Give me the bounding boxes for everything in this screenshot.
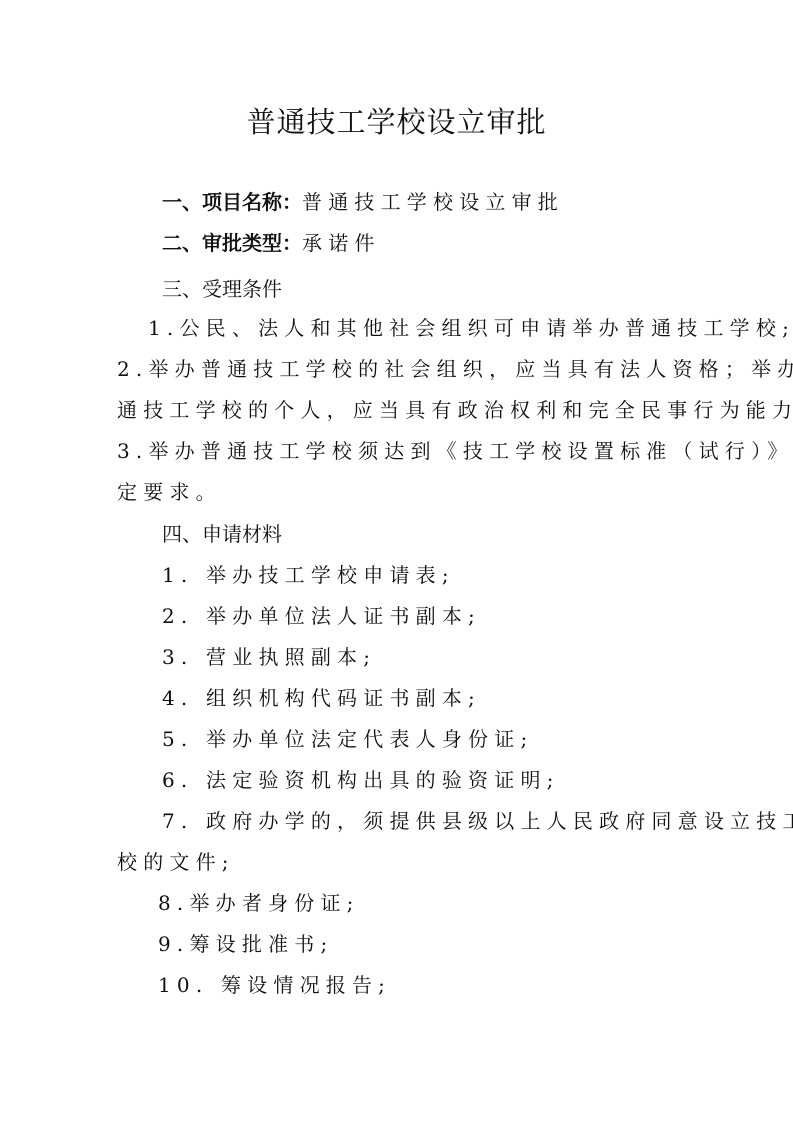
material-item: 校的文件; [117, 850, 235, 874]
material-item: 5. 举办单位法定代表人身份证; [162, 727, 533, 751]
material-item: 2. 举办单位法人证书副本; [162, 604, 481, 628]
approval-type-label: 二、审批类型： [162, 231, 302, 255]
condition-line: 3.举办普通技工学校须达到《技工学校设置标准（试行）》规 [117, 439, 793, 463]
material-item: 8.举办者身份证; [158, 891, 360, 915]
material-item: 7. 政府办学的，须提供县级以上人民政府同意设立技工学 [162, 809, 793, 833]
item-name-value: 普通技工学校设立审批 [302, 190, 564, 214]
conditions-heading: 三、受理条件 [162, 277, 282, 301]
material-item: 6. 法定验资机构出具的验资证明; [162, 768, 560, 792]
materials-heading: 四、申请材料 [162, 522, 282, 546]
material-item: 1. 举办技工学校申请表; [162, 563, 455, 587]
item-name-label: 一、项目名称： [162, 190, 302, 214]
material-item: 10. 筹设情况报告; [158, 973, 391, 997]
condition-line: 1.公民、法人和其他社会组织可申请举办普通技工学校; [148, 316, 793, 340]
material-item: 4. 组织机构代码证书副本; [162, 686, 481, 710]
approval-type-row: 二、审批类型：承诺件 [162, 231, 381, 255]
condition-line: 通技工学校的个人，应当具有政治权利和完全民事行为能力; [117, 398, 793, 422]
approval-type-value: 承诺件 [302, 231, 381, 255]
condition-line: 2.举办普通技工学校的社会组织，应当具有法人资格；举办普 [117, 357, 793, 381]
item-name-row: 一、项目名称：普通技工学校设立审批 [162, 190, 564, 214]
document-title: 普通技工学校设立审批 [0, 100, 793, 141]
material-item: 9.筹设批准书; [158, 932, 333, 956]
condition-line: 定要求。 [117, 480, 222, 504]
material-item: 3. 营业执照副本; [162, 645, 376, 669]
